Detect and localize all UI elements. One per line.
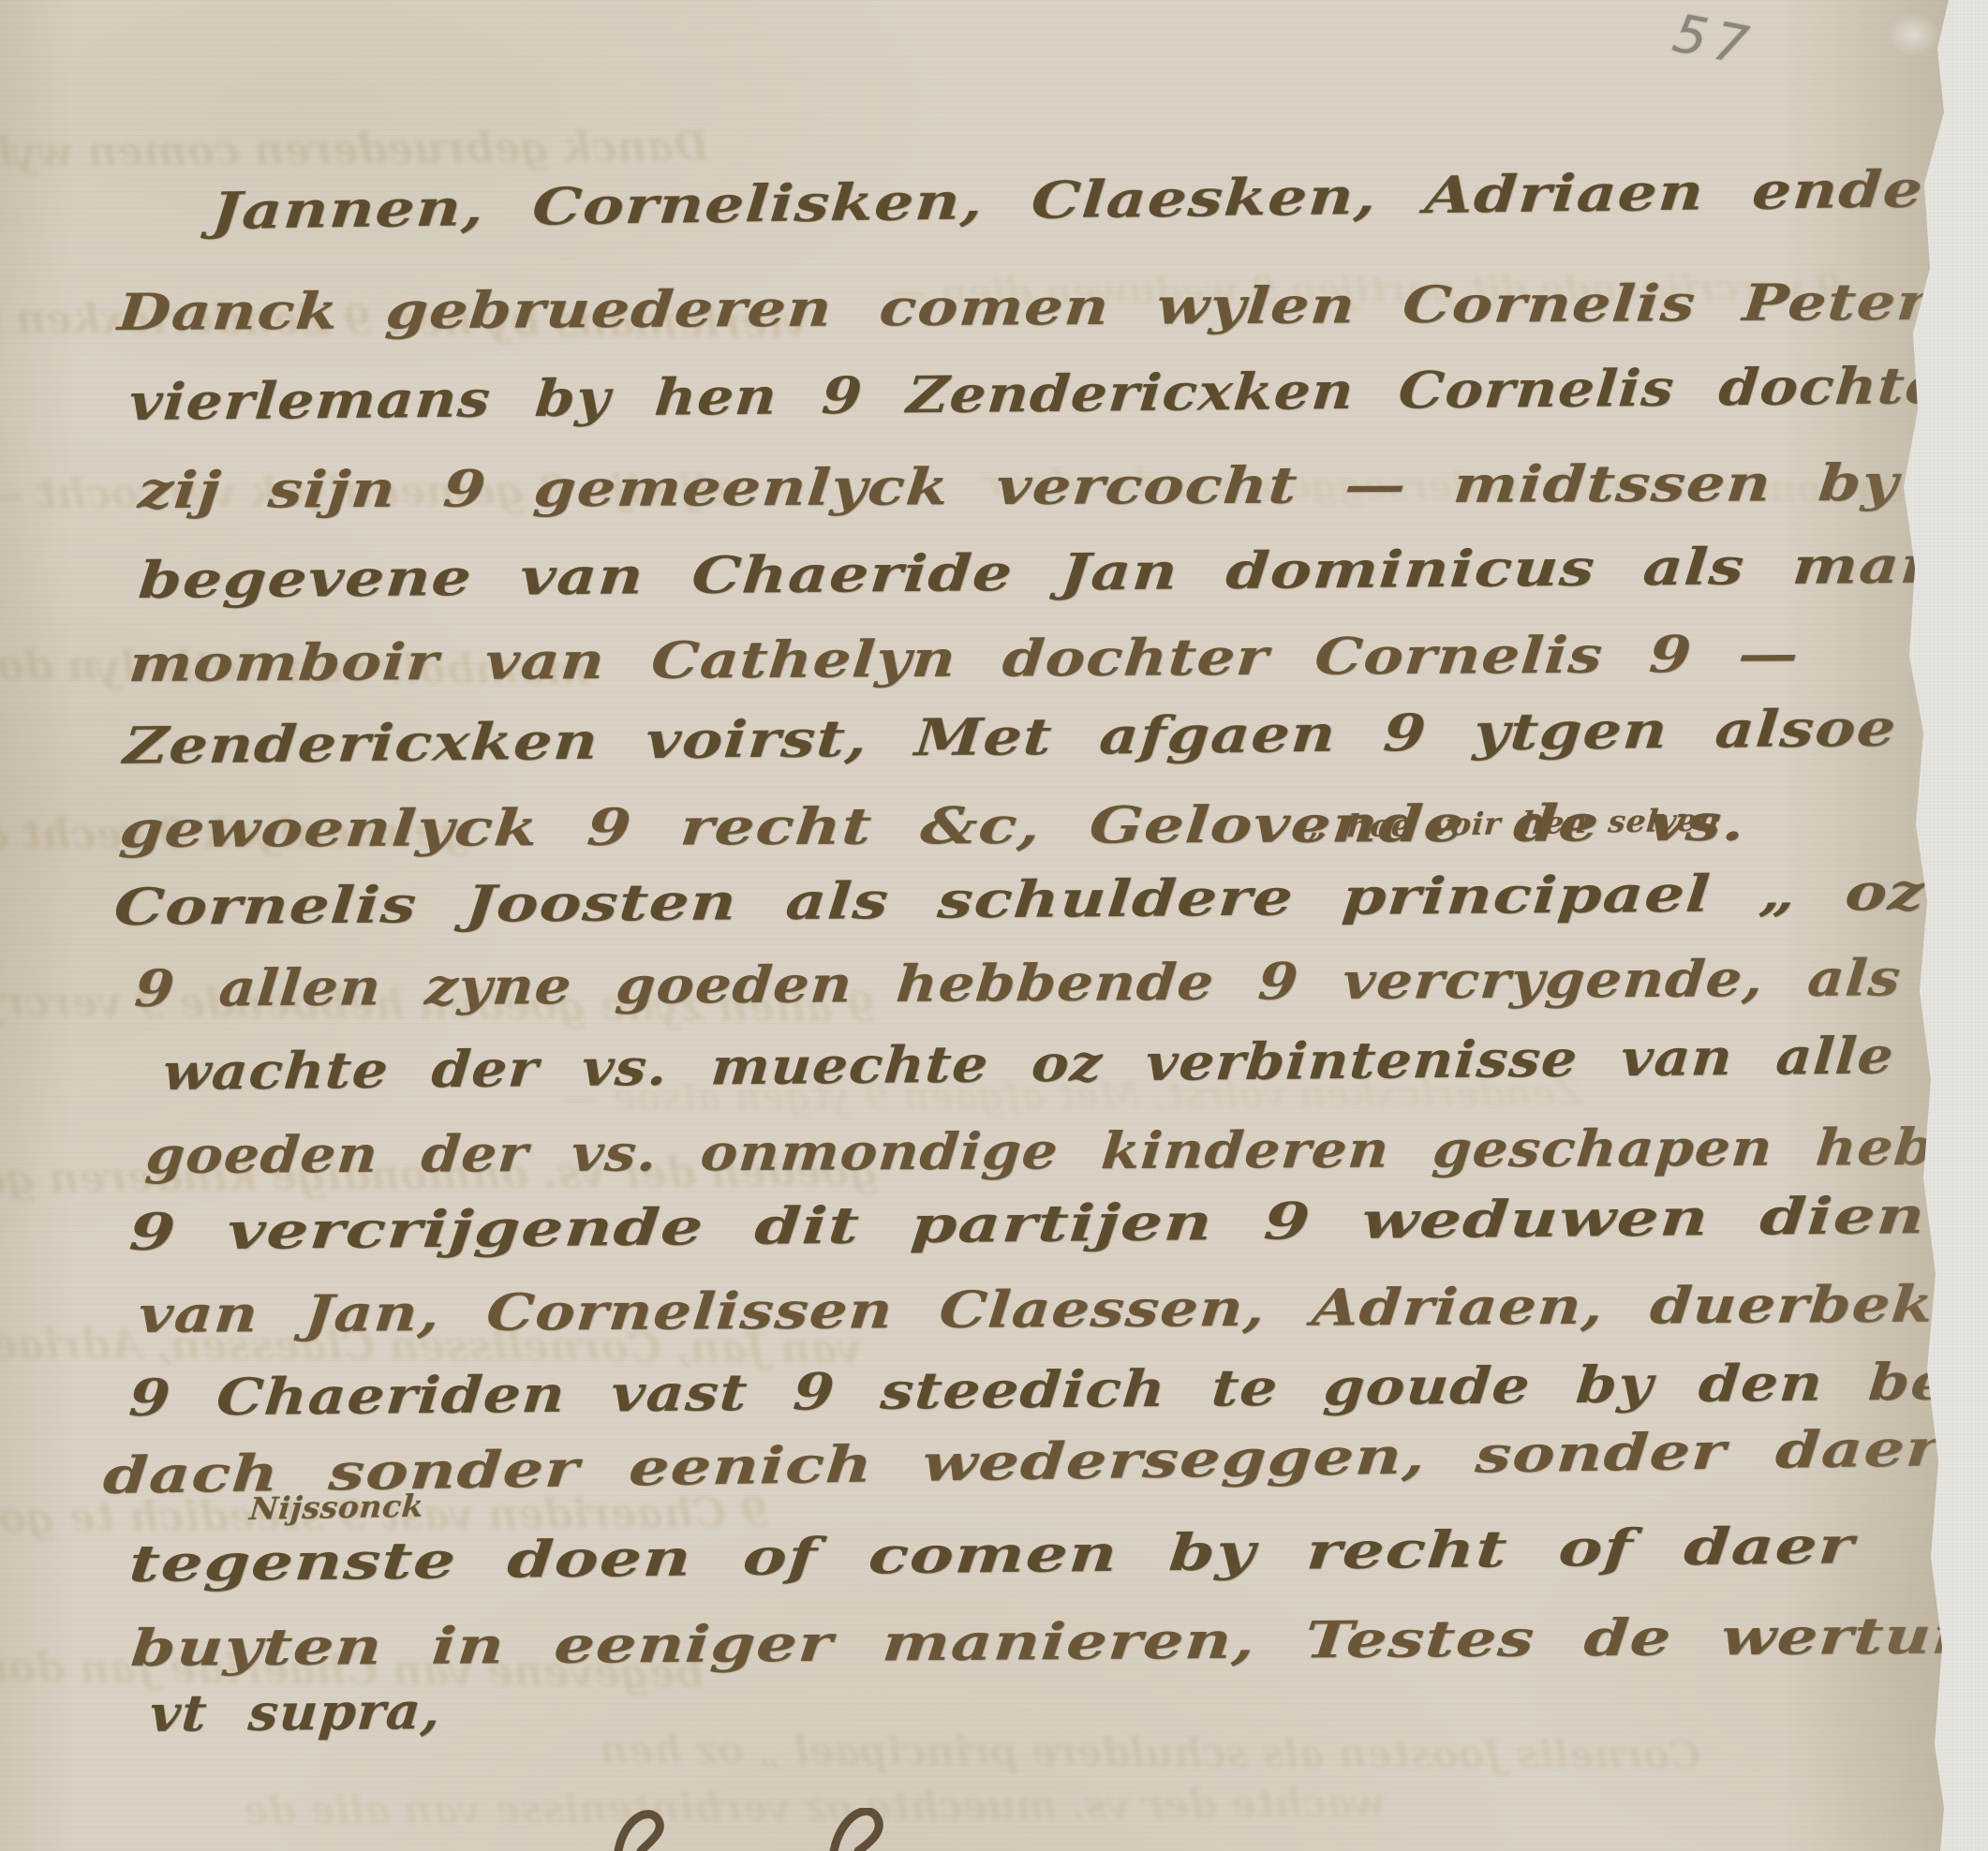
text-line: wachte der vs. muechte oz verbintenisse … <box>161 1029 1988 1097</box>
manuscript-scan: { "page": { "folio_number": "57" }, "man… <box>0 0 1988 1851</box>
text-line: buyten in eeniger manieren, Testes de we… <box>129 1609 1988 1673</box>
text-line: Danck gebruederen comen wylen Cornelis P… <box>116 276 1932 337</box>
bleed-through-text: Danck gebruederen comen wylen Cornelis P… <box>0 126 709 177</box>
text-line: momboir van Cathelyn dochter Cornelis 9 … <box>127 628 1802 689</box>
folio-number: 57 <box>1669 7 1758 75</box>
text-line: Jannen, Cornelisken, Claesken, Adriaen e… <box>210 164 1925 236</box>
text-line: zij sijn 9 gemeenlyck vercocht — midtsse… <box>137 456 1988 515</box>
text-line: Cornelis Joosten als schuldere principae… <box>112 865 1988 932</box>
text-line: 9 vercrijgende dit partijen 9 weduwen di… <box>127 1189 1988 1257</box>
text-line: vt supra, <box>148 1685 443 1739</box>
text-line: goeden der vs. onmondige kinderen gescha… <box>144 1120 1988 1180</box>
text-line: vierlemans by hen 9 Zendericxken Corneli… <box>127 359 1988 427</box>
paper-scuff-mark <box>1887 13 1941 56</box>
text-line: tegenste doen of comen by recht of daer <box>127 1519 1856 1589</box>
bleed-through-text: Cornelis Joosten als schuldere principae… <box>600 1730 1701 1775</box>
manuscript-page: Danck gebruederen comen wylen Cornelis P… <box>0 0 1988 1851</box>
text-line: Zendericxken voirst, Met afgaen 9 ytgen … <box>122 702 1988 771</box>
cut-off-ascender-strokes <box>562 1808 1049 1851</box>
ink-stroke <box>562 1808 1049 1851</box>
text-line: van Jan, Cornelissen Claessen, Adriaen, … <box>137 1277 1988 1340</box>
text-line: 9 Chaeriden vast 9 steedich te goude by … <box>127 1355 1988 1423</box>
interlinear-insertion: Nijssonck <box>248 1490 424 1524</box>
text-line: begevene van Chaeride Jan dominicus als … <box>137 539 1988 605</box>
text-line: 9 allen zyne goeden hebbende 9 vercrygen… <box>133 951 1988 1014</box>
interlinear-insertion: „ hoe voir hen selven <box>1307 804 1721 842</box>
